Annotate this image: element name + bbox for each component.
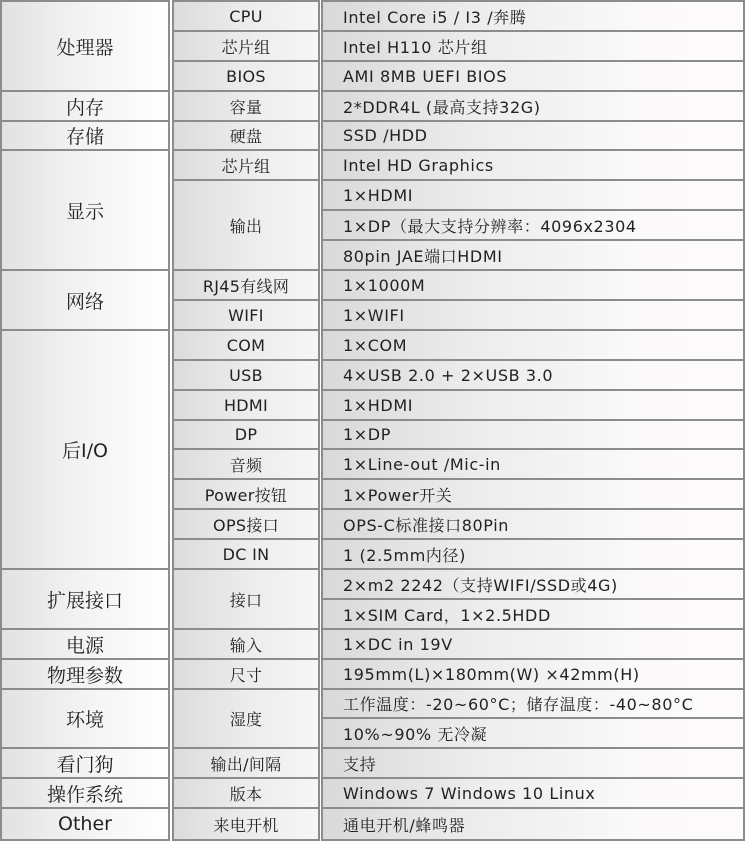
- item-cell-text: 尺寸: [230, 663, 263, 686]
- item-cell: 音频: [174, 450, 318, 480]
- item-cell: 硬盘: [174, 122, 318, 151]
- value-cell: 工作温度：-20~60°C；储存温度：-40~80°C: [323, 690, 743, 719]
- category-cell-text: 处理器: [56, 33, 113, 60]
- category-cell-text: 网络: [66, 287, 104, 314]
- item-cell: 输入: [174, 630, 318, 660]
- item-cell-text: 版本: [230, 782, 263, 805]
- item-cell: 芯片组: [174, 151, 318, 181]
- value-cell: 1×SIM Card，1×2.5HDD: [323, 600, 743, 630]
- value-cell-text: 1×WIFI: [343, 306, 405, 325]
- item-cell: 版本: [174, 779, 318, 809]
- item-cell-text: USB: [229, 366, 263, 385]
- value-cell: 1×COM: [323, 331, 743, 361]
- value-cell-text: 支持: [343, 752, 376, 775]
- value-cell: 1×DC in 19V: [323, 630, 743, 660]
- item-cell: 尺寸: [174, 660, 318, 690]
- item-cell: USB: [174, 361, 318, 391]
- category-cell: 看门狗: [2, 749, 168, 779]
- value-cell: 1×1000M: [323, 271, 743, 301]
- value-cell-text: 1×HDMI: [343, 396, 413, 415]
- category-cell-text: 内存: [66, 93, 104, 120]
- value-cell: Intel Core i5 / I3 /奔腾: [323, 2, 743, 32]
- category-cell-text: 看门狗: [56, 750, 113, 777]
- value-cell: AMI 8MB UEFI BIOS: [323, 62, 743, 92]
- value-cell-text: Windows 7 Windows 10 Linux: [343, 784, 595, 803]
- category-cell: 物理参数: [2, 660, 168, 690]
- category-cell-text: 操作系统: [47, 780, 123, 807]
- value-cell-text: 1×COM: [343, 336, 407, 355]
- item-cell: Power按钮: [174, 480, 318, 510]
- category-cell: 处理器: [2, 2, 168, 92]
- category-cell: 操作系统: [2, 779, 168, 809]
- item-cell-text: 芯片组: [222, 154, 271, 177]
- category-cell-text: 后I/O: [62, 436, 108, 463]
- value-cell-text: 4×USB 2.0 + 2×USB 3.0: [343, 366, 553, 385]
- category-cell: 存储: [2, 122, 168, 151]
- value-cell-text: 1×Line-out /Mic-in: [343, 455, 501, 474]
- item-cell-text: 容量: [230, 95, 263, 118]
- spec-table: 处理器内存存储显示网络后I/O扩展接口电源物理参数环境看门狗操作系统Other …: [0, 0, 745, 841]
- value-cell: 1×DP: [323, 421, 743, 450]
- value-cell: Windows 7 Windows 10 Linux: [323, 779, 743, 809]
- value-cell-text: 1×SIM Card，1×2.5HDD: [343, 603, 551, 626]
- value-cell-text: AMI 8MB UEFI BIOS: [343, 67, 507, 86]
- value-cell-text: 1×Power开关: [343, 483, 452, 506]
- category-cell: Other: [2, 809, 168, 839]
- item-cell: CPU: [174, 2, 318, 32]
- item-cell: DP: [174, 421, 318, 450]
- category-cell-text: 扩展接口: [47, 586, 123, 613]
- item-cell-text: 接口: [230, 588, 263, 611]
- value-cell-text: OPS-C标准接口80Pin: [343, 513, 509, 536]
- item-cell: WIFI: [174, 301, 318, 331]
- value-cell: 1×HDMI: [323, 181, 743, 211]
- value-cell-text: 1×1000M: [343, 276, 425, 295]
- item-cell: BIOS: [174, 62, 318, 92]
- value-cell-text: 1×DC in 19V: [343, 635, 453, 654]
- item-cell-text: OPS接口: [213, 513, 279, 536]
- category-column: 处理器内存存储显示网络后I/O扩展接口电源物理参数环境看门狗操作系统Other: [0, 0, 170, 841]
- value-cell: OPS-C标准接口80Pin: [323, 510, 743, 540]
- category-cell: 后I/O: [2, 331, 168, 570]
- value-cell: 1×HDMI: [323, 391, 743, 421]
- category-cell: 电源: [2, 630, 168, 660]
- value-cell-text: 工作温度：-20~60°C；储存温度：-40~80°C: [343, 692, 693, 715]
- value-cell-text: 2*DDR4L (最高支持32G): [343, 95, 541, 118]
- category-cell-text: 电源: [66, 631, 104, 658]
- item-cell-text: 硬盘: [230, 124, 263, 147]
- value-cell: 1×Power开关: [323, 480, 743, 510]
- value-cell-text: 1 (2.5mm内径): [343, 543, 466, 566]
- value-cell-text: Intel H110 芯片组: [343, 35, 488, 58]
- item-column: CPU芯片组BIOS容量硬盘芯片组输出RJ45有线网WIFICOMUSBHDMI…: [172, 0, 320, 841]
- value-cell-text: Intel Core i5 / I3 /奔腾: [343, 5, 526, 28]
- value-cell-text: 通电开机/蜂鸣器: [343, 813, 465, 836]
- value-cell: 1×Line-out /Mic-in: [323, 450, 743, 480]
- category-cell: 环境: [2, 690, 168, 749]
- item-cell-text: 输出/间隔: [211, 752, 282, 775]
- item-cell-text: COM: [227, 336, 265, 355]
- item-cell-text: 输出: [230, 214, 263, 237]
- item-cell: HDMI: [174, 391, 318, 421]
- item-cell: 来电开机: [174, 809, 318, 839]
- value-cell: 1 (2.5mm内径): [323, 540, 743, 570]
- item-cell-text: 湿度: [230, 707, 263, 730]
- value-cell-text: 10%~90% 无冷凝: [343, 722, 487, 745]
- item-cell-text: RJ45有线网: [203, 274, 289, 297]
- value-cell: 1×WIFI: [323, 301, 743, 331]
- category-cell: 网络: [2, 271, 168, 331]
- value-cell-text: 80pin JAE端口HDMI: [343, 244, 503, 267]
- item-cell: RJ45有线网: [174, 271, 318, 301]
- item-cell: COM: [174, 331, 318, 361]
- item-cell: DC IN: [174, 540, 318, 570]
- category-cell-text: 显示: [66, 197, 104, 224]
- value-cell-text: 1×DP（最大支持分辨率：4096x2304: [343, 214, 637, 237]
- value-cell: 2*DDR4L (最高支持32G): [323, 92, 743, 122]
- item-cell: 输出/间隔: [174, 749, 318, 779]
- item-cell: 容量: [174, 92, 318, 122]
- item-cell: 接口: [174, 570, 318, 630]
- item-cell-text: 输入: [230, 633, 263, 656]
- value-cell: 2×m2 2242（支持WIFI/SSD或4G): [323, 570, 743, 600]
- value-cell: 1×DP（最大支持分辨率：4096x2304: [323, 211, 743, 241]
- value-cell-text: 2×m2 2242（支持WIFI/SSD或4G): [343, 573, 618, 596]
- category-cell: 扩展接口: [2, 570, 168, 630]
- item-cell-text: HDMI: [224, 396, 268, 415]
- value-cell: Intel HD Graphics: [323, 151, 743, 181]
- item-cell-text: Power按钮: [205, 483, 287, 506]
- item-cell-text: CPU: [229, 7, 262, 26]
- value-cell: 支持: [323, 749, 743, 779]
- value-cell: 195mm(L)×180mm(W) ×42mm(H): [323, 660, 743, 690]
- value-column: Intel Core i5 / I3 /奔腾Intel H110 芯片组AMI …: [321, 0, 745, 841]
- item-cell: 湿度: [174, 690, 318, 749]
- item-cell-text: DP: [235, 425, 258, 444]
- value-cell-text: 1×DP: [343, 425, 391, 444]
- value-cell: 80pin JAE端口HDMI: [323, 241, 743, 271]
- item-cell-text: 芯片组: [222, 35, 271, 58]
- category-cell: 显示: [2, 151, 168, 271]
- item-cell-text: WIFI: [228, 306, 264, 325]
- item-cell: 芯片组: [174, 32, 318, 62]
- item-cell: 输出: [174, 181, 318, 271]
- item-cell: OPS接口: [174, 510, 318, 540]
- value-cell: 10%~90% 无冷凝: [323, 719, 743, 749]
- item-cell-text: DC IN: [223, 545, 270, 564]
- category-cell-text: 环境: [66, 705, 104, 732]
- value-cell-text: 1×HDMI: [343, 186, 413, 205]
- value-cell-text: Intel HD Graphics: [343, 156, 494, 175]
- item-cell-text: 音频: [230, 453, 263, 476]
- category-cell: 内存: [2, 92, 168, 122]
- category-cell-text: 存储: [66, 122, 104, 149]
- item-cell-text: 来电开机: [213, 813, 278, 836]
- value-cell: SSD /HDD: [323, 122, 743, 151]
- value-cell-text: 195mm(L)×180mm(W) ×42mm(H): [343, 665, 640, 684]
- category-cell-text: 物理参数: [47, 661, 123, 688]
- category-cell-text: Other: [58, 813, 112, 835]
- value-cell-text: SSD /HDD: [343, 126, 428, 145]
- value-cell: Intel H110 芯片组: [323, 32, 743, 62]
- value-cell: 4×USB 2.0 + 2×USB 3.0: [323, 361, 743, 391]
- value-cell: 通电开机/蜂鸣器: [323, 809, 743, 839]
- item-cell-text: BIOS: [226, 67, 266, 86]
